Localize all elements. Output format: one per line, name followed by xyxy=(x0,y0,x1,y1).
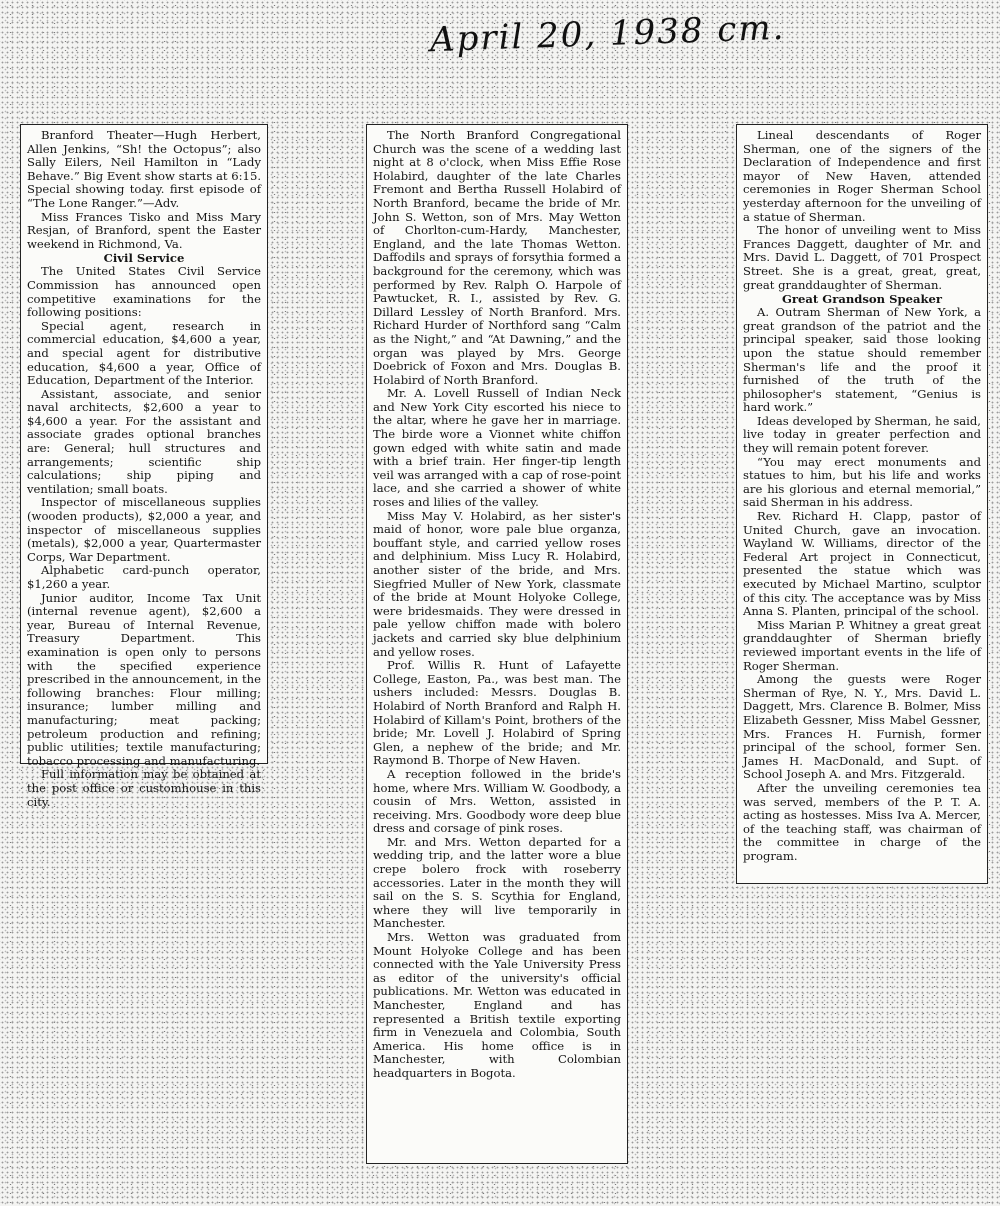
paragraph: Mrs. Wetton was graduated from Mount Hol… xyxy=(373,931,621,1081)
handwritten-date: April 20, 1938 cm. xyxy=(429,8,786,60)
paragraph: Miss May V. Holabird, as her sister's ma… xyxy=(373,510,621,660)
paragraph: The North Branford Congregational Church… xyxy=(373,129,621,387)
paragraph: Special agent, research in commercial ed… xyxy=(27,320,261,388)
paragraph: Assistant, associate, and senior naval a… xyxy=(27,388,261,497)
paragraph: Mr. and Mrs. Wetton departed for a weddi… xyxy=(373,836,621,931)
clipping-holabird-wetton-wedding: The North Branford Congregational Church… xyxy=(366,124,628,1164)
paragraph: Miss Frances Tisko and Miss Mary Resjan,… xyxy=(27,211,261,252)
paragraph: Junior auditor, Income Tax Unit (interna… xyxy=(27,592,261,769)
paragraph: Alphabetic card-punch operator, $1,260 a… xyxy=(27,564,261,591)
paragraph: The United States Civil Service Commissi… xyxy=(27,265,261,319)
paragraph: Miss Marian P. Whitney a great great gra… xyxy=(743,619,981,673)
paragraph: After the unveiling ceremonies tea was s… xyxy=(743,782,981,864)
paragraph: Full information may be obtained at the … xyxy=(27,768,261,809)
clipping-roger-sherman-statue: Lineal descendants of Roger Sherman, one… xyxy=(736,124,988,884)
subheading-civil-service: Civil Service xyxy=(27,251,261,265)
paragraph: A. Outram Sherman of New York, a great g… xyxy=(743,306,981,415)
paragraph: Lineal descendants of Roger Sherman, one… xyxy=(743,129,981,224)
subheading-great-grandson-speaker: Great Grandson Speaker xyxy=(743,292,981,306)
clipping-branford-civil-service: Branford Theater—Hugh Herbert, Allen Jen… xyxy=(20,124,268,764)
paragraph: Branford Theater—Hugh Herbert, Allen Jen… xyxy=(27,129,261,211)
paragraph: Rev. Richard H. Clapp, pastor of United … xyxy=(743,510,981,619)
paragraph: The honor of unveiling went to Miss Fran… xyxy=(743,224,981,292)
paragraph: Inspector of miscellaneous supplies (woo… xyxy=(27,496,261,564)
paragraph: “You may erect monuments and statues to … xyxy=(743,456,981,510)
paragraph: Ideas developed by Sherman, he said, liv… xyxy=(743,415,981,456)
paragraph: Mr. A. Lovell Russell of Indian Neck and… xyxy=(373,387,621,509)
paragraph: A reception followed in the bride's home… xyxy=(373,768,621,836)
paragraph: Prof. Willis R. Hunt of Lafayette Colleg… xyxy=(373,659,621,768)
paragraph: Among the guests were Roger Sherman of R… xyxy=(743,673,981,782)
